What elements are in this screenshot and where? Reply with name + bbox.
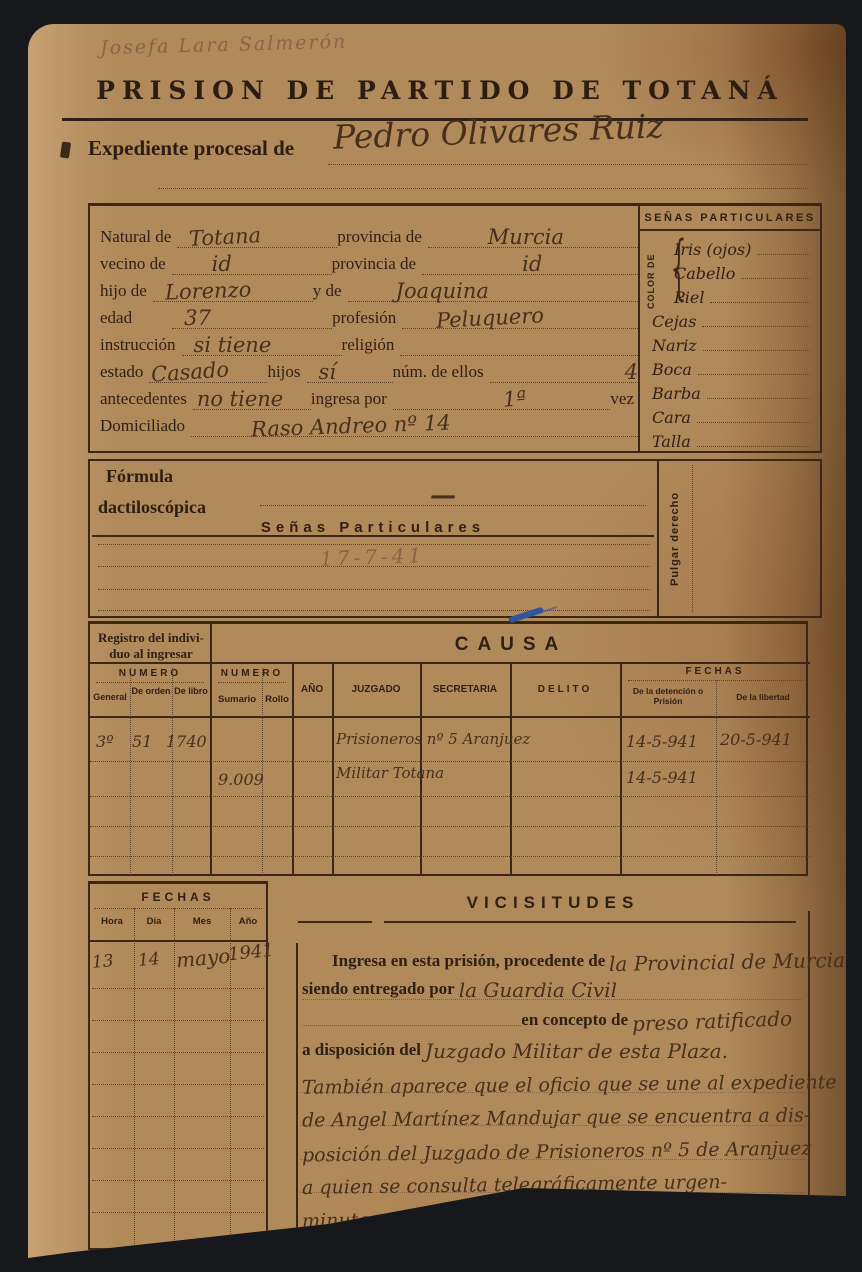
handwritten-value: 37 — [184, 306, 211, 330]
handwritten-value: 1ª — [502, 386, 527, 412]
field-row-hijo: hijo de Lorenzo y de Joaquina — [100, 276, 640, 302]
pulgar-derecho-label: Pulgar derecho — [659, 461, 691, 616]
dotted-rule — [96, 682, 204, 683]
handwritten-value: preso ratificado — [632, 1006, 803, 1036]
handwritten-value: la Provincial de Murcia — [609, 948, 845, 976]
field-row-domicilio: Domiciliado Raso Andreo nº 14 — [100, 411, 640, 437]
col-sumario: Sumario — [212, 694, 262, 705]
senas-row: Cara — [652, 403, 810, 427]
field-value: id — [172, 274, 332, 275]
formula-label-2: dactiloscópica — [98, 497, 206, 518]
cell-libertad-row1: 20-5-941 — [720, 730, 792, 749]
registro-title-line1: Registro del indivi- — [92, 630, 210, 646]
handwritten-line: posición del Juzgado de Prisioneros nº 5… — [300, 1136, 805, 1160]
handwritten-value: 4 — [625, 360, 638, 384]
brace-glyph: { — [667, 229, 692, 305]
page-title: PRISION DE PARTIDO DE TOTANÁ — [68, 76, 812, 105]
causa-title: CAUSA — [212, 634, 810, 656]
dotted-rule — [134, 908, 135, 1248]
dotted-rule — [302, 1025, 521, 1026]
scanned-prison-record: { "document": { "pencil_annotation": "Jo… — [0, 0, 862, 1272]
rule — [384, 921, 796, 923]
field-label: profesión — [332, 308, 402, 329]
col-de-libro: De libro — [172, 686, 210, 696]
dotted-rule — [702, 326, 810, 327]
dotted-rule — [90, 761, 810, 762]
col-secretaria: SECRETARIA — [420, 684, 510, 695]
handwriting: de Angel Martínez Mandujar que se encuen… — [302, 1104, 810, 1131]
handwritten-line: minuta que se une, si es la misma o dis- — [300, 1201, 805, 1225]
dotted-rule — [707, 398, 810, 399]
col-rollo: Rollo — [262, 694, 292, 705]
fechas-title: FECHAS — [90, 890, 266, 904]
field-row-instruccion: instrucción si tiene religión — [100, 330, 640, 356]
printed-label: siendo entregado por — [302, 979, 459, 999]
handwriting: También aparece que el oficio que se une… — [302, 1071, 837, 1099]
field-row-vecino: vecino de id provincia de id — [100, 249, 640, 275]
dotted-rule — [92, 988, 264, 989]
field-label: hijo de — [100, 281, 153, 302]
senas-row: Talla — [652, 427, 810, 451]
senas-particulares-panel: SEÑAS PARTICULARES COLOR DE { Iris (ojos… — [638, 206, 820, 452]
senas-particulares-subheader: Señas Particulares — [90, 519, 656, 536]
vicisitudes-line-4: a disposición del Juzgado Militar de est… — [302, 1036, 802, 1060]
value-ano: 1941 — [227, 940, 275, 966]
dotted-rule — [692, 465, 693, 612]
col-juzgado: JUZGADO — [332, 684, 420, 695]
senas-label: Cejas — [652, 312, 696, 331]
field-label: ingresa por — [311, 389, 393, 410]
fechas-header: FECHAS — [620, 666, 810, 677]
dotted-rule — [94, 908, 262, 909]
field-label: núm. de ellos — [393, 362, 490, 383]
col-hora: Hora — [90, 916, 134, 927]
dotted-rule — [716, 680, 717, 875]
cell-general: 3º — [96, 732, 114, 751]
dotted-rule — [158, 188, 808, 189]
field-value: 4 — [490, 382, 640, 383]
dotted-rule — [98, 589, 650, 590]
dotted-rule — [130, 668, 131, 875]
field-label: Natural de — [100, 227, 177, 248]
handwritten-value: id — [522, 252, 542, 276]
dotted-rule — [174, 908, 175, 1248]
senas-row: Piel — [674, 283, 810, 307]
field-row-edad: edad 37 profesión Peluquero — [100, 303, 640, 329]
expediente-name-handwriting: Pedro Olivares Ruiz — [332, 106, 664, 157]
field-value: no tiene — [193, 409, 311, 410]
formula-dactiloscopica-box: Fórmula dactiloscópica — Señas Particula… — [88, 459, 822, 618]
col-dia: Día — [134, 916, 174, 927]
registro-title: Registro del indivi- duo al ingresar — [92, 630, 210, 663]
field-value: sí — [307, 382, 393, 383]
field-value: 37 — [172, 328, 332, 329]
color-de-group: COLOR DE { Iris (ojos) Cabello Piel — [652, 235, 810, 307]
senas-label: Boca — [652, 360, 692, 379]
senas-row: Cabello — [674, 259, 810, 283]
field-label: y de — [313, 281, 348, 302]
field-label: edad — [100, 308, 138, 329]
col-detencion: De la detención o Prisión — [622, 686, 714, 706]
handwritten-value: la Guardia Civil — [459, 978, 617, 1002]
color-de-label: COLOR DE — [646, 243, 656, 309]
senas-row: Nariz — [652, 331, 810, 355]
divider — [210, 624, 212, 875]
divider — [296, 943, 298, 1243]
value-dia: 14 — [137, 949, 160, 971]
dotted-rule — [698, 374, 810, 375]
handwritten-value: sí — [319, 360, 337, 384]
formula-handwritten-dash: — — [430, 481, 456, 511]
field-label: hijos — [267, 362, 306, 383]
senas-label: Talla — [652, 432, 691, 451]
field-label: provincia de — [337, 227, 428, 248]
field-value: Casado — [149, 382, 267, 383]
senas-row: Barba — [652, 379, 810, 403]
formula-label-1: Fórmula — [106, 466, 173, 487]
handwritten-value: Juzgado Militar de esta Plaza. — [425, 1039, 728, 1063]
field-value: Lorenzo — [153, 301, 313, 302]
dotted-rule — [98, 566, 650, 567]
col-general: General — [90, 692, 130, 702]
senas-body: COLOR DE { Iris (ojos) Cabello Piel Ceja… — [640, 231, 820, 451]
margin-ink-mark — [60, 141, 71, 158]
field-label: estado — [100, 362, 149, 383]
dotted-rule — [628, 680, 804, 681]
handwritten-line: de Angel Martínez Mandujar que se encuen… — [300, 1102, 805, 1126]
handwritten-value: si tiene — [194, 333, 272, 357]
cell-libro: 1740 — [166, 732, 207, 751]
dotted-rule — [90, 826, 810, 827]
printed-label: en concepto de — [521, 1010, 632, 1030]
registro-numero-header: NUMERO — [90, 668, 210, 679]
dotted-rule — [92, 1180, 264, 1181]
printed-label: Ingresa en esta prisión, procedente de — [302, 951, 609, 971]
field-value: Raso Andreo nº 14 — [191, 436, 640, 437]
dotted-rule — [90, 796, 810, 797]
vicisitudes-line-3: en concepto de preso ratificado — [302, 1006, 802, 1030]
col-libertad: De la libertad — [718, 692, 808, 702]
field-value: Totana — [177, 247, 337, 248]
dotted-rule — [98, 610, 650, 611]
dotted-rule — [703, 350, 810, 351]
senas-label: Cara — [652, 408, 691, 427]
cell-detencion-row1: 14-5-941 — [626, 732, 698, 751]
rule — [90, 940, 266, 942]
handwritten-value: Murcia — [488, 225, 564, 249]
field-label: provincia de — [332, 254, 423, 275]
dotted-rule — [218, 682, 286, 683]
printed-label: a disposición del — [302, 1040, 425, 1060]
field-label: religión — [342, 335, 401, 356]
dotted-rule — [92, 1116, 264, 1117]
vicisitudes-line-1: Ingresa en esta prisión, procedente de l… — [302, 947, 802, 971]
rule — [90, 662, 810, 664]
fechas-ingreso-table: FECHAS Hora Día Mes Año 13 14 mayo 1941 — [88, 881, 268, 1250]
dotted-rule — [92, 1052, 264, 1053]
cell-orden: 51 — [132, 732, 152, 751]
dotted-rule — [710, 302, 810, 303]
dotted-rule — [172, 668, 173, 875]
field-label: vecino de — [100, 254, 172, 275]
handwritten-value: id — [212, 252, 232, 276]
causa-numero-header: NUMERO — [212, 668, 292, 679]
vicisitudes-line-2: siendo entregado por la Guardia Civil — [302, 976, 802, 1000]
vicisitudes-section: VICISITUDES Ingresa en esta prisión, pro… — [296, 881, 810, 1250]
value-mes: mayo — [175, 944, 231, 973]
dotted-rule — [741, 278, 810, 279]
senas-row: Boca — [652, 355, 810, 379]
handwriting: posición del Juzgado de Prisioneros nº 5… — [302, 1137, 812, 1166]
field-value: si tiene — [182, 355, 342, 356]
filiacion-box: Natural de Totana provincia de Murcia ve… — [88, 203, 822, 453]
rule — [298, 921, 372, 923]
handwritten-value: Totana — [189, 223, 262, 251]
col-delito: DELITO — [510, 684, 620, 695]
col-mes: Mes — [174, 916, 230, 927]
handwritten-value: no tiene — [197, 387, 283, 411]
dotted-rule — [90, 856, 810, 857]
cell-sumario-row2: 9.009 — [218, 770, 264, 789]
senas-label: Barba — [652, 384, 701, 403]
handwritten-line: a quien se consulta telegráficamente urg… — [300, 1169, 805, 1193]
dotted-rule — [92, 1148, 264, 1149]
field-value: Murcia — [428, 247, 640, 248]
dotted-rule — [757, 254, 810, 255]
handwritten-value: Peluquero — [436, 303, 545, 333]
document-paper: Josefa Lara Salmerón PRISION DE PARTIDO … — [28, 24, 846, 1258]
senas-label: Nariz — [652, 336, 697, 355]
field-row-natural: Natural de Totana provincia de Murcia — [100, 222, 640, 248]
col-ano: Año — [230, 916, 266, 927]
causa-table: Registro del indivi- duo al ingresar CAU… — [88, 621, 808, 876]
field-value: id — [422, 274, 640, 275]
handwritten-value: Lorenzo — [164, 278, 251, 305]
senas-row: Iris (ojos) — [674, 235, 810, 259]
handwritten-line: También aparece que el oficio que se une… — [300, 1069, 805, 1093]
handwritten-value: Casado — [151, 357, 230, 386]
dotted-rule — [92, 1212, 264, 1213]
dotted-rule — [697, 446, 810, 447]
expediente-label: Expediente procesal de — [88, 136, 294, 161]
field-label: vez — [610, 389, 640, 410]
field-label: instrucción — [100, 335, 182, 356]
cell-juzgado-row2: Militar Totana — [336, 764, 444, 782]
vicisitudes-title: VICISITUDES — [296, 893, 810, 913]
dotted-rule — [328, 164, 808, 165]
rule — [90, 716, 810, 718]
handwritten-value: Joaquina — [396, 279, 489, 303]
handwriting: minuta que se une, si es la misma o dis- — [302, 1204, 686, 1233]
field-value: Peluquero — [402, 328, 640, 329]
dotted-rule — [92, 1084, 264, 1085]
field-value: Joaquina — [348, 301, 640, 302]
pencil-annotation: Josefa Lara Salmerón — [100, 31, 348, 59]
field-row-antecedentes: antecedentes no tiene ingresa por 1ª vez — [100, 384, 640, 410]
field-value: 1ª — [393, 409, 611, 410]
col-ano: AÑO — [292, 684, 332, 695]
value-hora: 13 — [91, 951, 114, 973]
cell-juzgado-row1: Prisioneros nº 5 Aranjuez — [336, 730, 530, 748]
col-de-orden: De orden — [130, 686, 172, 696]
cell-detencion-row2: 14-5-941 — [626, 768, 698, 787]
dotted-rule — [697, 422, 810, 423]
handwritten-value: Raso Andreo nº 14 — [251, 411, 451, 442]
handwriting: a quien se consulta telegráficamente urg… — [302, 1171, 727, 1199]
field-label: antecedentes — [100, 389, 193, 410]
field-row-estado: estado Casado hijos sí núm. de ellos 4 — [100, 357, 640, 383]
dotted-rule — [98, 544, 650, 545]
dotted-rule — [92, 1020, 264, 1021]
field-label: Domiciliado — [100, 416, 191, 437]
field-value — [400, 355, 640, 356]
registro-title-line2: duo al ingresar — [92, 646, 210, 662]
senas-row: Cejas — [652, 307, 810, 331]
